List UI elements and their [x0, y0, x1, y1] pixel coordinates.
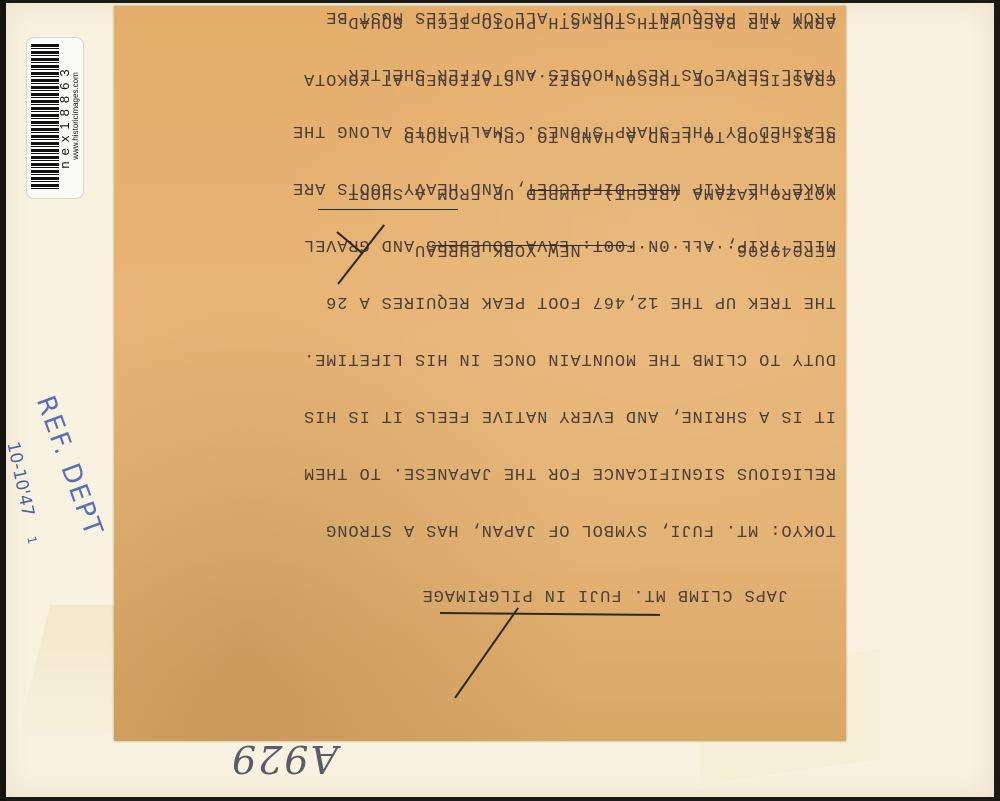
- caption-line: FER049306..............NEW YORK BUREAU: [303, 240, 836, 259]
- caption-line: CRASFIELD, OF TUSCON, ARIZ., STATIONED A…: [303, 69, 836, 88]
- caption-line: YOTARO KAZAMA (RIGHT) JUMPED UP FROM A S…: [303, 183, 836, 202]
- underline-mark: [432, 245, 627, 246]
- story-line: TOKYO: MT. FUJI, SYMBOL OF JAPAN, HAS A …: [292, 520, 836, 539]
- story-line: IT IS A SHRINE, AND EVERY NATIVE FEELS I…: [292, 406, 836, 425]
- caption-line: ARMY AIR BASE WITH THE 6TH PHOTO TECH. S…: [303, 12, 836, 31]
- story-line: DUTY TO CLIMB THE MOUNTAIN ONCE IN HIS L…: [292, 349, 836, 368]
- handwritten-catalog-number: A929: [230, 737, 338, 781]
- press-caption-sheet: JAPS CLIMB MT. FUJI IN PILGRIMAGE TOKYO:…: [114, 6, 846, 741]
- caption-line: REST STOP TO LEND A HAND TO CPL. HAROLD: [303, 126, 836, 145]
- barcode-number: nex18863: [57, 63, 72, 168]
- barcode-label: nex18863 www.historicimages.com: [26, 37, 84, 199]
- typed-caption-rotated: JAPS CLIMB MT. FUJI IN PILGRIMAGE TOKYO:…: [114, 6, 846, 741]
- photo-caption-block: FER049306..............NEW YORK BUREAU Y…: [303, 0, 836, 297]
- underline-mark: [318, 209, 458, 210]
- scan-edge: [0, 0, 6, 801]
- story-headline: JAPS CLIMB MT. FUJI IN PILGRIMAGE: [292, 585, 836, 604]
- underline-mark: [530, 190, 680, 191]
- story-line: RELIGIOUS SIGNIFICANCE FOR THE JAPANESE.…: [292, 463, 836, 482]
- barcode-icon: [31, 44, 59, 190]
- barcode-site: www.historicimages.com: [71, 72, 80, 160]
